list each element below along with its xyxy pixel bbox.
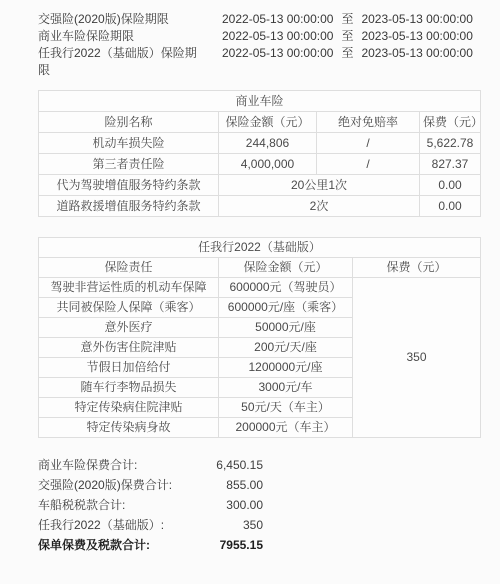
header-premium: 保费（元） xyxy=(353,258,481,278)
cell-premium: 5,622.78 xyxy=(420,133,481,154)
rider-insurance-table: 任我行2022（基础版） 保险责任 保险金额（元） 保费（元） 驾驶非营运性质的… xyxy=(38,237,481,438)
cell-insured-amount: 244,806 xyxy=(219,133,317,154)
cell-liability: 共同被保险人保障（乘客） xyxy=(39,298,219,318)
rider-table-title: 任我行2022（基础版） xyxy=(39,238,481,258)
summary-row-grand-total: 保单保费及税款合计: 7955.15 xyxy=(38,535,482,555)
cell-premium-total: 350 xyxy=(353,278,481,438)
summary-row-compulsory-total: 交强险(2020版)保费合计: 855.00 xyxy=(38,475,482,495)
cell-deductible-rate: / xyxy=(317,154,420,175)
period-dates: 2022-05-13 00:00:00 至 2023-05-13 00:00:0… xyxy=(222,11,473,28)
header-premium: 保费（元） xyxy=(420,112,481,133)
cell-insured-amount: 3000元/车 xyxy=(219,378,353,398)
summary-label: 车船税税款合计: xyxy=(38,495,203,515)
insurance-periods-section: 交强险(2020版)保险期限 2022-05-13 00:00:00 至 202… xyxy=(38,11,482,79)
summary-label: 保单保费及税款合计: xyxy=(38,535,203,555)
policy-detail-page: 交强险(2020版)保险期限 2022-05-13 00:00:00 至 202… xyxy=(0,0,500,555)
cell-liability: 特定传染病住院津贴 xyxy=(39,398,219,418)
table-row: 第三者责任险 4,000,000 / 827.37 xyxy=(39,154,481,175)
table-title-row: 商业车险 xyxy=(39,91,481,112)
summary-row-rider-total: 任我行2022（基础版）: 350 xyxy=(38,515,482,535)
cell-insured-amount: 600000元（驾驶员） xyxy=(219,278,353,298)
summary-label: 商业车险保费合计: xyxy=(38,455,203,475)
cell-insured-amount: 200元/天/座 xyxy=(219,338,353,358)
cell-premium: 0.00 xyxy=(420,196,481,217)
table-row: 道路救援增值服务特约条款 2次 0.00 xyxy=(39,196,481,217)
period-row-rider: 任我行2022（基础版）保险期限 2022-05-13 00:00:00 至 2… xyxy=(38,45,482,79)
header-deductible-rate: 绝对免赔率 xyxy=(317,112,420,133)
cell-liability: 驾驶非营运性质的机动车保障 xyxy=(39,278,219,298)
period-label: 交强险(2020版)保险期限 xyxy=(38,11,208,28)
cell-insured-amount: 20公里1次 xyxy=(219,175,420,196)
cell-liability: 意外医疗 xyxy=(39,318,219,338)
cell-insured-amount: 2次 xyxy=(219,196,420,217)
table-header-row: 险别名称 保险金额（元） 绝对免赔率 保费（元） xyxy=(39,112,481,133)
period-label: 商业车险保险期限 xyxy=(38,28,208,45)
cell-insured-amount: 50元/天（车主） xyxy=(219,398,353,418)
summary-row-vehicle-tax-total: 车船税税款合计: 300.00 xyxy=(38,495,482,515)
cell-risk-name: 第三者责任险 xyxy=(39,154,219,175)
cell-insured-amount: 1200000元/座 xyxy=(219,358,353,378)
period-end-date: 2023-05-13 00:00:00 xyxy=(361,11,472,28)
period-separator: 至 xyxy=(341,45,353,62)
cell-liability: 特定传染病身故 xyxy=(39,418,219,438)
cell-risk-name: 机动车损失险 xyxy=(39,133,219,154)
commercial-table-title: 商业车险 xyxy=(39,91,481,112)
commercial-insurance-table: 商业车险 险别名称 保险金额（元） 绝对免赔率 保费（元） 机动车损失险 244… xyxy=(38,90,481,217)
summary-value: 300.00 xyxy=(203,495,263,515)
header-insured-amount: 保险金额（元） xyxy=(219,258,353,278)
cell-insured-amount: 50000元/座 xyxy=(219,318,353,338)
cell-premium: 827.37 xyxy=(420,154,481,175)
cell-risk-name: 代为驾驶增值服务特约条款 xyxy=(39,175,219,196)
cell-premium: 0.00 xyxy=(420,175,481,196)
cell-insured-amount: 200000元（车主） xyxy=(219,418,353,438)
summary-value: 7955.15 xyxy=(203,535,263,555)
cell-liability: 意外伤害住院津贴 xyxy=(39,338,219,358)
period-end-date: 2023-05-13 00:00:00 xyxy=(361,28,472,45)
header-insured-amount: 保险金额（元） xyxy=(219,112,317,133)
summary-value: 855.00 xyxy=(203,475,263,495)
period-row-compulsory: 交强险(2020版)保险期限 2022-05-13 00:00:00 至 202… xyxy=(38,11,482,28)
table-row: 机动车损失险 244,806 / 5,622.78 xyxy=(39,133,481,154)
header-risk-name: 险别名称 xyxy=(39,112,219,133)
premium-summary-section: 商业车险保费合计: 6,450.15 交强险(2020版)保费合计: 855.0… xyxy=(38,455,482,555)
period-separator: 至 xyxy=(341,28,353,45)
table-title-row: 任我行2022（基础版） xyxy=(39,238,481,258)
summary-label: 任我行2022（基础版）: xyxy=(38,515,203,535)
summary-value: 350 xyxy=(203,515,263,535)
period-start-date: 2022-05-13 00:00:00 xyxy=(222,45,333,62)
cell-insured-amount: 600000元/座（乘客） xyxy=(219,298,353,318)
period-dates: 2022-05-13 00:00:00 至 2023-05-13 00:00:0… xyxy=(222,28,473,45)
table-row: 代为驾驶增值服务特约条款 20公里1次 0.00 xyxy=(39,175,481,196)
cell-deductible-rate: / xyxy=(317,133,420,154)
period-label: 任我行2022（基础版）保险期限 xyxy=(38,45,208,79)
header-liability: 保险责任 xyxy=(39,258,219,278)
summary-row-commercial-total: 商业车险保费合计: 6,450.15 xyxy=(38,455,482,475)
summary-value: 6,450.15 xyxy=(203,455,263,475)
period-dates: 2022-05-13 00:00:00 至 2023-05-13 00:00:0… xyxy=(222,45,473,62)
period-end-date: 2023-05-13 00:00:00 xyxy=(361,45,472,62)
cell-risk-name: 道路救援增值服务特约条款 xyxy=(39,196,219,217)
cell-insured-amount: 4,000,000 xyxy=(219,154,317,175)
period-start-date: 2022-05-13 00:00:00 xyxy=(222,28,333,45)
period-row-commercial: 商业车险保险期限 2022-05-13 00:00:00 至 2023-05-1… xyxy=(38,28,482,45)
period-separator: 至 xyxy=(341,11,353,28)
cell-liability: 随车行李物品损失 xyxy=(39,378,219,398)
period-start-date: 2022-05-13 00:00:00 xyxy=(222,11,333,28)
table-row: 驾驶非营运性质的机动车保障 600000元（驾驶员） 350 xyxy=(39,278,481,298)
summary-label: 交强险(2020版)保费合计: xyxy=(38,475,203,495)
cell-liability: 节假日加倍给付 xyxy=(39,358,219,378)
table-header-row: 保险责任 保险金额（元） 保费（元） xyxy=(39,258,481,278)
